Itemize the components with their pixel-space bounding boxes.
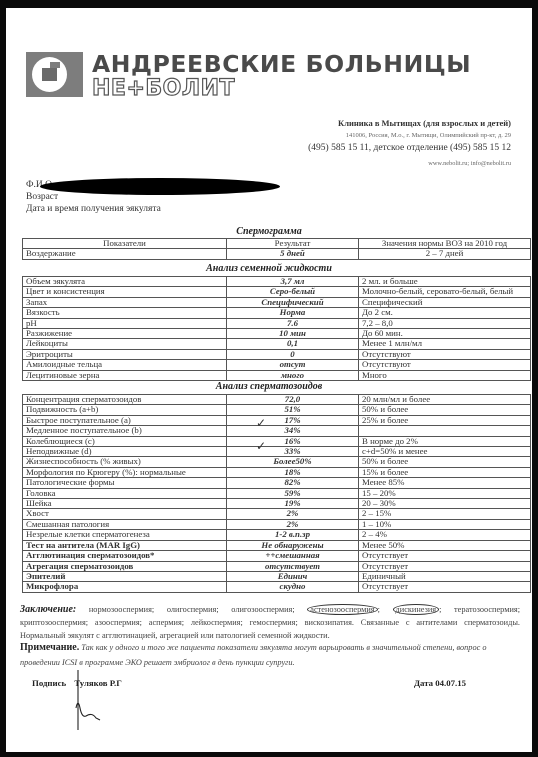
seminal-table: Объем эякулята3,7 мл2 мл. и большеЦвет и… <box>22 276 531 381</box>
table-row: Колеблющиеся (c)16%В норме до 2% <box>23 436 531 446</box>
table-row: ВязкостьНормаДо 2 см. <box>23 308 531 318</box>
note: Примечание. Так как у одного и того же п… <box>20 640 520 670</box>
row-norm: 1 – 10% <box>359 519 531 529</box>
circled-diagnosis: дискинезия <box>393 604 440 615</box>
row-result: 7.6 <box>227 318 359 328</box>
table-row: Хвост2%2 – 15% <box>23 509 531 519</box>
row-norm: 2 – 4% <box>359 530 531 540</box>
column-header: Результат <box>227 239 359 249</box>
row-result: 2% <box>227 519 359 529</box>
conclusion-label: Заключение: <box>20 604 76 615</box>
table-row: Головка59%15 – 20% <box>23 488 531 498</box>
clinic-phones: (495) 585 15 11, детское отделение (495)… <box>308 143 511 153</box>
row-result: 2% <box>227 509 359 519</box>
row-result: много <box>227 370 359 380</box>
row-result: 16% <box>227 436 359 446</box>
row-name: Жизнеспособность (% живых) <box>23 457 227 467</box>
row-result: Норма <box>227 308 359 318</box>
row-norm <box>359 426 531 436</box>
row-name: Разжижение <box>23 329 227 339</box>
table-header-row: Показатели Результат Значения нормы ВОЗ … <box>23 239 531 249</box>
row-norm: Отсутствует <box>359 582 531 592</box>
row-norm: 2 – 7 дней <box>359 249 531 259</box>
row-name: Медленное поступательное (b) <box>23 426 227 436</box>
row-result: скудно <box>227 582 359 592</box>
row-result: 3,7 мл <box>227 277 359 287</box>
row-result: 33% <box>227 447 359 457</box>
row-norm: Менее 1 млн/мл <box>359 339 531 349</box>
row-result: 0 <box>227 349 359 359</box>
row-norm: До 60 мин. <box>359 329 531 339</box>
row-result: 10 мин <box>227 329 359 339</box>
brand-subname: НЕ+БОЛИТ <box>92 76 235 101</box>
table-row: Эритроциты0Отсутствуют <box>23 349 531 359</box>
row-result: Серо-белый <box>227 287 359 297</box>
table-row: Агрегация сперматозоидовотсутствуетОтсут… <box>23 561 531 571</box>
row-name: Морфология по Крюгеру (%): нормальные <box>23 467 227 477</box>
table-row: Патологические формы82%Менее 85% <box>23 478 531 488</box>
row-result: 59% <box>227 488 359 498</box>
row-name: Концентрация сперматозоидов <box>23 395 227 405</box>
check-mark-icon: ✓ <box>256 416 266 430</box>
table-row: Объем эякулята3,7 мл2 мл. и больше <box>23 277 531 287</box>
note-text: Так как у одного и того же пациента пока… <box>20 643 487 667</box>
clinic-name: Клиника в Мытищах (для взрослых и детей) <box>338 118 511 128</box>
row-name: Хвост <box>23 509 227 519</box>
row-norm: 50% и более <box>359 405 531 415</box>
row-name: pH <box>23 318 227 328</box>
table-row: Амилоидные тельцаотсутОтсутствуют <box>23 360 531 370</box>
document-page: АНДРЕЕВСКИЕ БОЛЬНИЦЫ НЕ+БОЛИТ Клиника в … <box>6 8 532 752</box>
seminal-section-title: Анализ семенной жидкости <box>6 263 532 274</box>
row-result: 18% <box>227 467 359 477</box>
table-row: Морфология по Крюгеру (%): нормальные18%… <box>23 467 531 477</box>
row-norm: До 2 см. <box>359 308 531 318</box>
row-name: Лейкоциты <box>23 339 227 349</box>
row-name: Незрелые клетки сперматогенеза <box>23 530 227 540</box>
row-name: Патологические формы <box>23 478 227 488</box>
table-row: ЭпителийЕдиничЕдиничный <box>23 571 531 581</box>
row-name: Неподвижные (d) <box>23 447 227 457</box>
row-norm: В норме до 2% <box>359 436 531 446</box>
row-name: Тест на антитела (MAR IgG) <box>23 540 227 550</box>
column-header: Значения нормы ВОЗ на 2010 год <box>359 239 531 249</box>
row-result: 72,0 <box>227 395 359 405</box>
age-label: Возраст <box>26 192 58 202</box>
clinic-logo-icon <box>26 52 83 97</box>
row-name: Вязкость <box>23 308 227 318</box>
row-result: отсутствует <box>227 561 359 571</box>
table-row: Воздержание 5 дней 2 – 7 дней <box>23 249 531 259</box>
row-result: 0,1 <box>227 339 359 349</box>
table-row: Быстрое поступательное (a)17%25% и более <box>23 415 531 425</box>
table-row: Подвижность (a+b)51%50% и более <box>23 405 531 415</box>
row-result: Единич <box>227 571 359 581</box>
row-norm: 20 – 30% <box>359 499 531 509</box>
row-norm: 15 – 20% <box>359 488 531 498</box>
table-row: Незрелые клетки сперматогенеза1-2 в.п.зр… <box>23 530 531 540</box>
row-norm: Молочно-белый, сероватo-белый, белый <box>359 287 531 297</box>
table-row: Медленное поступательное (b)34% <box>23 426 531 436</box>
row-result: Не обнаружены <box>227 540 359 550</box>
row-result: 34% <box>227 426 359 436</box>
brand-name: АНДРЕЕВСКИЕ БОЛЬНИЦЫ <box>92 50 471 78</box>
row-norm: Отсутствует <box>359 561 531 571</box>
row-name: Эпителий <box>23 571 227 581</box>
clinic-address: 141006, Россия, М.о., г. Мытищи, Олимпий… <box>346 132 511 139</box>
row-norm: 20 млн/мл и более <box>359 395 531 405</box>
column-header: Показатели <box>23 239 227 249</box>
row-name: Шейка <box>23 499 227 509</box>
table-row: pH7.67,2 – 8,0 <box>23 318 531 328</box>
row-name: Колеблющиеся (c) <box>23 436 227 446</box>
row-name: Быстрое поступательное (a) <box>23 415 227 425</box>
row-name: Амилоидные тельца <box>23 360 227 370</box>
table-row: Лейкоциты0,1Менее 1 млн/мл <box>23 339 531 349</box>
summary-table: Показатели Результат Значения нормы ВОЗ … <box>22 238 531 260</box>
table-row: Смешанная патология2%1 – 10% <box>23 519 531 529</box>
row-result: 19% <box>227 499 359 509</box>
row-norm: 2 мл. и больше <box>359 277 531 287</box>
row-name: Агглютинация сперматозоидов* <box>23 551 227 561</box>
table-row: Жизнеспособность (% живых)Более50%50% и … <box>23 457 531 467</box>
row-result: ++смешанная <box>227 551 359 561</box>
row-result: Специфический <box>227 297 359 307</box>
conclusion-text: нормозооспермия; олигоспермия; олигозоос… <box>89 605 295 614</box>
row-norm: 15% и более <box>359 467 531 477</box>
table-row: МикрофлораскудноОтсутствует <box>23 582 531 592</box>
table-row: Неподвижные (d)33%c+d=50% и менее <box>23 447 531 457</box>
table-row: ЗапахСпецифическийСпецифический <box>23 297 531 307</box>
row-name: Эритроциты <box>23 349 227 359</box>
row-name: Подвижность (a+b) <box>23 405 227 415</box>
table-row: Концентрация сперматозоидов72,020 млн/мл… <box>23 395 531 405</box>
row-norm: 25% и более <box>359 415 531 425</box>
row-result: Более50% <box>227 457 359 467</box>
row-name: Агрегация сперматозоидов <box>23 561 227 571</box>
table-row: Агглютинация сперматозоидов*++смешаннаяО… <box>23 551 531 561</box>
row-norm: Менее 50% <box>359 540 531 550</box>
row-name: Цвет и консистенция <box>23 287 227 297</box>
row-norm: Отсутствует <box>359 551 531 561</box>
report-date: Дата 04.07.15 <box>414 678 466 688</box>
row-norm: Менее 85% <box>359 478 531 488</box>
report-title: Спермограмма <box>6 226 532 237</box>
row-result: 5 дней <box>227 249 359 259</box>
conclusion: Заключение: нормозооспермия; олигосперми… <box>20 603 520 642</box>
row-result: 17% <box>227 415 359 425</box>
check-mark-icon: ✓ <box>256 439 266 453</box>
table-row: Шейка19%20 – 30% <box>23 499 531 509</box>
row-name: Микрофлора <box>23 582 227 592</box>
row-norm: Отсутствуют <box>359 360 531 370</box>
row-result: 82% <box>227 478 359 488</box>
row-norm: Единичный <box>359 571 531 581</box>
row-result: 51% <box>227 405 359 415</box>
row-norm: 50% и более <box>359 457 531 467</box>
datetime-label: Дата и время получения эякулята <box>26 204 161 214</box>
row-norm: 2 – 15% <box>359 509 531 519</box>
redacted-name <box>40 178 280 195</box>
row-name: Головка <box>23 488 227 498</box>
table-row: Тест на антитела (MAR IgG)Не обнаруженыМ… <box>23 540 531 550</box>
handwritten-signature-icon <box>66 668 106 732</box>
sperm-section-title: Анализ сперматозоидов <box>6 381 532 392</box>
sperm-table: Концентрация сперматозоидов72,020 млн/мл… <box>22 394 531 593</box>
signature-label: Подпись <box>32 678 66 688</box>
table-row: Цвет и консистенцияСеро-белыйМолочно-бел… <box>23 287 531 297</box>
note-label: Примечание. <box>20 642 79 653</box>
row-norm: Специфический <box>359 297 531 307</box>
row-norm: 7,2 – 8,0 <box>359 318 531 328</box>
row-name: Воздержание <box>23 249 227 259</box>
row-name: Лецитиновые зерна <box>23 370 227 380</box>
row-norm: Много <box>359 370 531 380</box>
row-name: Запах <box>23 297 227 307</box>
row-result: отсут <box>227 360 359 370</box>
row-norm: Отсутствуют <box>359 349 531 359</box>
table-row: Разжижение10 минДо 60 мин. <box>23 329 531 339</box>
clinic-web: www.nebolit.ru; info@nebolit.ru <box>428 160 511 167</box>
row-result: 1-2 в.п.зр <box>227 530 359 540</box>
row-name: Смешанная патология <box>23 519 227 529</box>
row-norm: c+d=50% и менее <box>359 447 531 457</box>
separator: ; <box>378 605 380 614</box>
circled-diagnosis: астенозооспермия <box>307 604 377 615</box>
table-row: Лецитиновые зернамногоМного <box>23 370 531 380</box>
row-name: Объем эякулята <box>23 277 227 287</box>
